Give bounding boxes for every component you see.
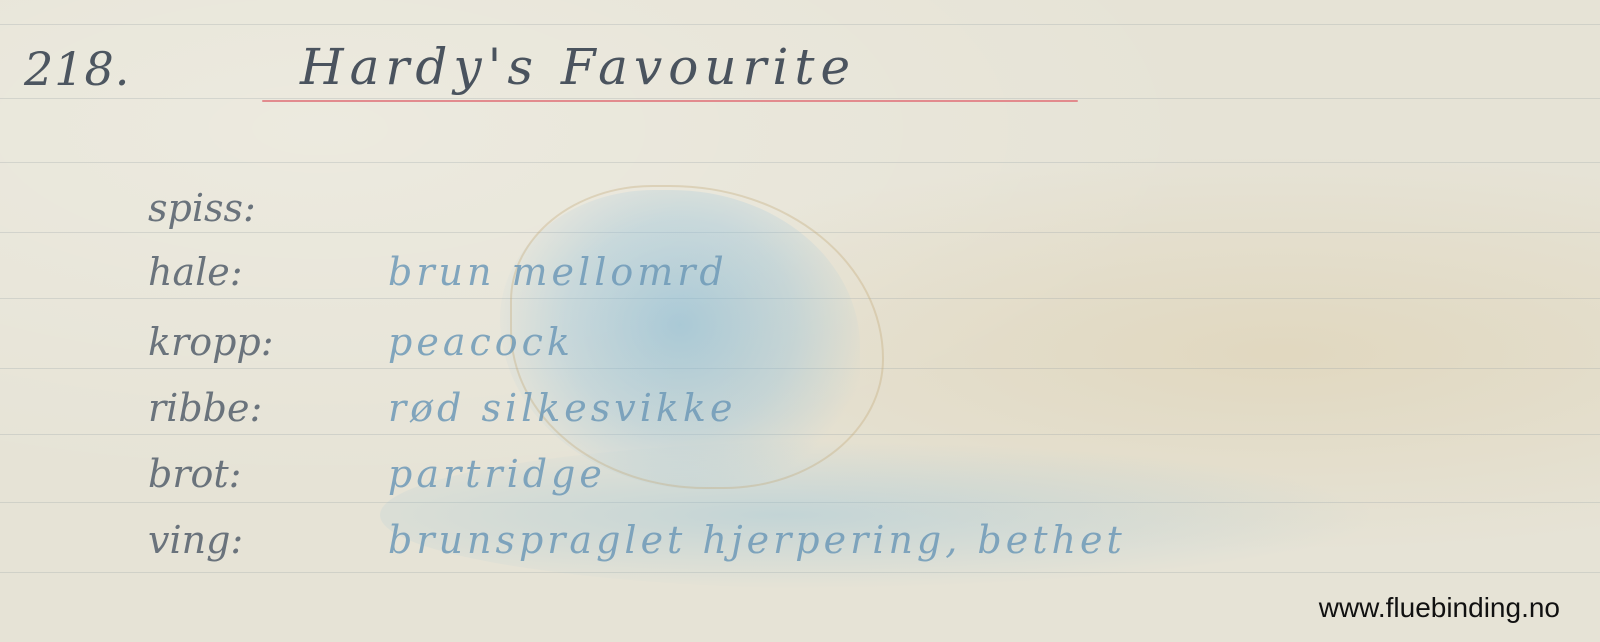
field-value-brot: partridge bbox=[388, 452, 606, 496]
field-value-hale: brun mellomrd bbox=[388, 250, 728, 294]
field-value-ribbe: rød silkesvikke bbox=[388, 386, 736, 430]
field-label-kropp: kropp: bbox=[148, 320, 274, 364]
ruled-line bbox=[0, 98, 1600, 99]
field-value-kropp: peacock bbox=[388, 320, 574, 364]
title-underline bbox=[262, 100, 1078, 102]
field-label-brot: brot: bbox=[148, 452, 241, 496]
entry-title: Hardy's Favourite bbox=[300, 38, 856, 96]
handwritten-page: 218. Hardy's Favourite spiss: hale: brun… bbox=[0, 0, 1600, 642]
field-label-spiss: spiss: bbox=[148, 186, 256, 230]
entry-number: 218. bbox=[24, 42, 130, 96]
field-label-ving: ving: bbox=[148, 518, 243, 562]
watermark-url: www.fluebinding.no bbox=[1319, 592, 1560, 624]
field-label-hale: hale: bbox=[148, 250, 243, 294]
field-label-ribbe: ribbe: bbox=[148, 386, 262, 430]
ruled-line bbox=[0, 162, 1600, 163]
field-value-ving: brunspraglet hjerpering, bethet bbox=[388, 518, 1126, 562]
ruled-line bbox=[0, 24, 1600, 25]
